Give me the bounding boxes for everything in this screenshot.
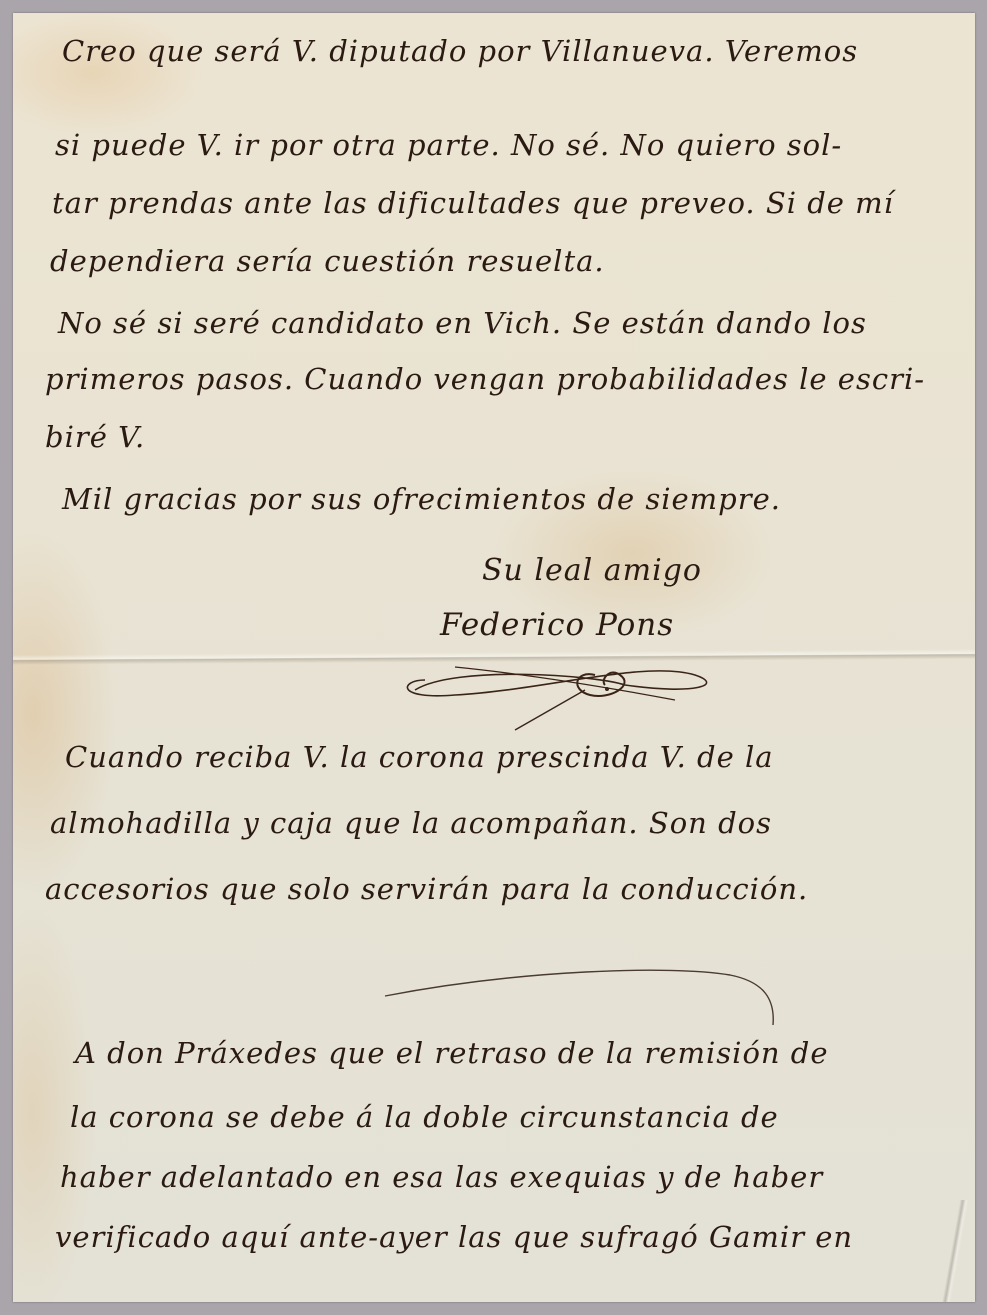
paper-tear <box>933 1200 975 1302</box>
letter-line: Creo que será V. diputado por Villanueva… <box>62 34 858 68</box>
closing-salutation: Su leal amigo <box>482 553 702 588</box>
note-line: la corona se debe á la doble circunstanc… <box>70 1100 779 1134</box>
letter-line: primeros pasos. Cuando vengan probabilid… <box>45 362 925 396</box>
note-line: haber adelantado en esa las exequias y d… <box>60 1160 823 1194</box>
letter-line: dependiera sería cuestión resuelta. <box>50 244 605 278</box>
signature-name: Federico Pons <box>440 607 674 643</box>
postscript-line: accesorios que solo servirán para la con… <box>45 872 808 906</box>
letter-line: Mil gracias por sus ofrecimientos de sie… <box>62 482 781 516</box>
decorative-divider-line <box>370 960 790 1030</box>
letter-line: si puede V. ir por otra parte. No sé. No… <box>55 128 842 162</box>
postscript-line: almohadilla y caja que la acompañan. Son… <box>50 806 772 840</box>
postscript-line: Cuando reciba V. la corona prescinda V. … <box>65 740 774 774</box>
note-line: verificado aquí ante-ayer las que sufrag… <box>55 1220 853 1254</box>
signature-flourish <box>395 655 735 735</box>
letter-line: No sé si seré candidato en Vich. Se está… <box>58 306 867 340</box>
letter-line: tar prendas ante las dificultades que pr… <box>52 186 894 220</box>
letter-line: biré V. <box>45 420 145 454</box>
note-line: A don Práxedes que el retraso de la remi… <box>75 1036 829 1070</box>
